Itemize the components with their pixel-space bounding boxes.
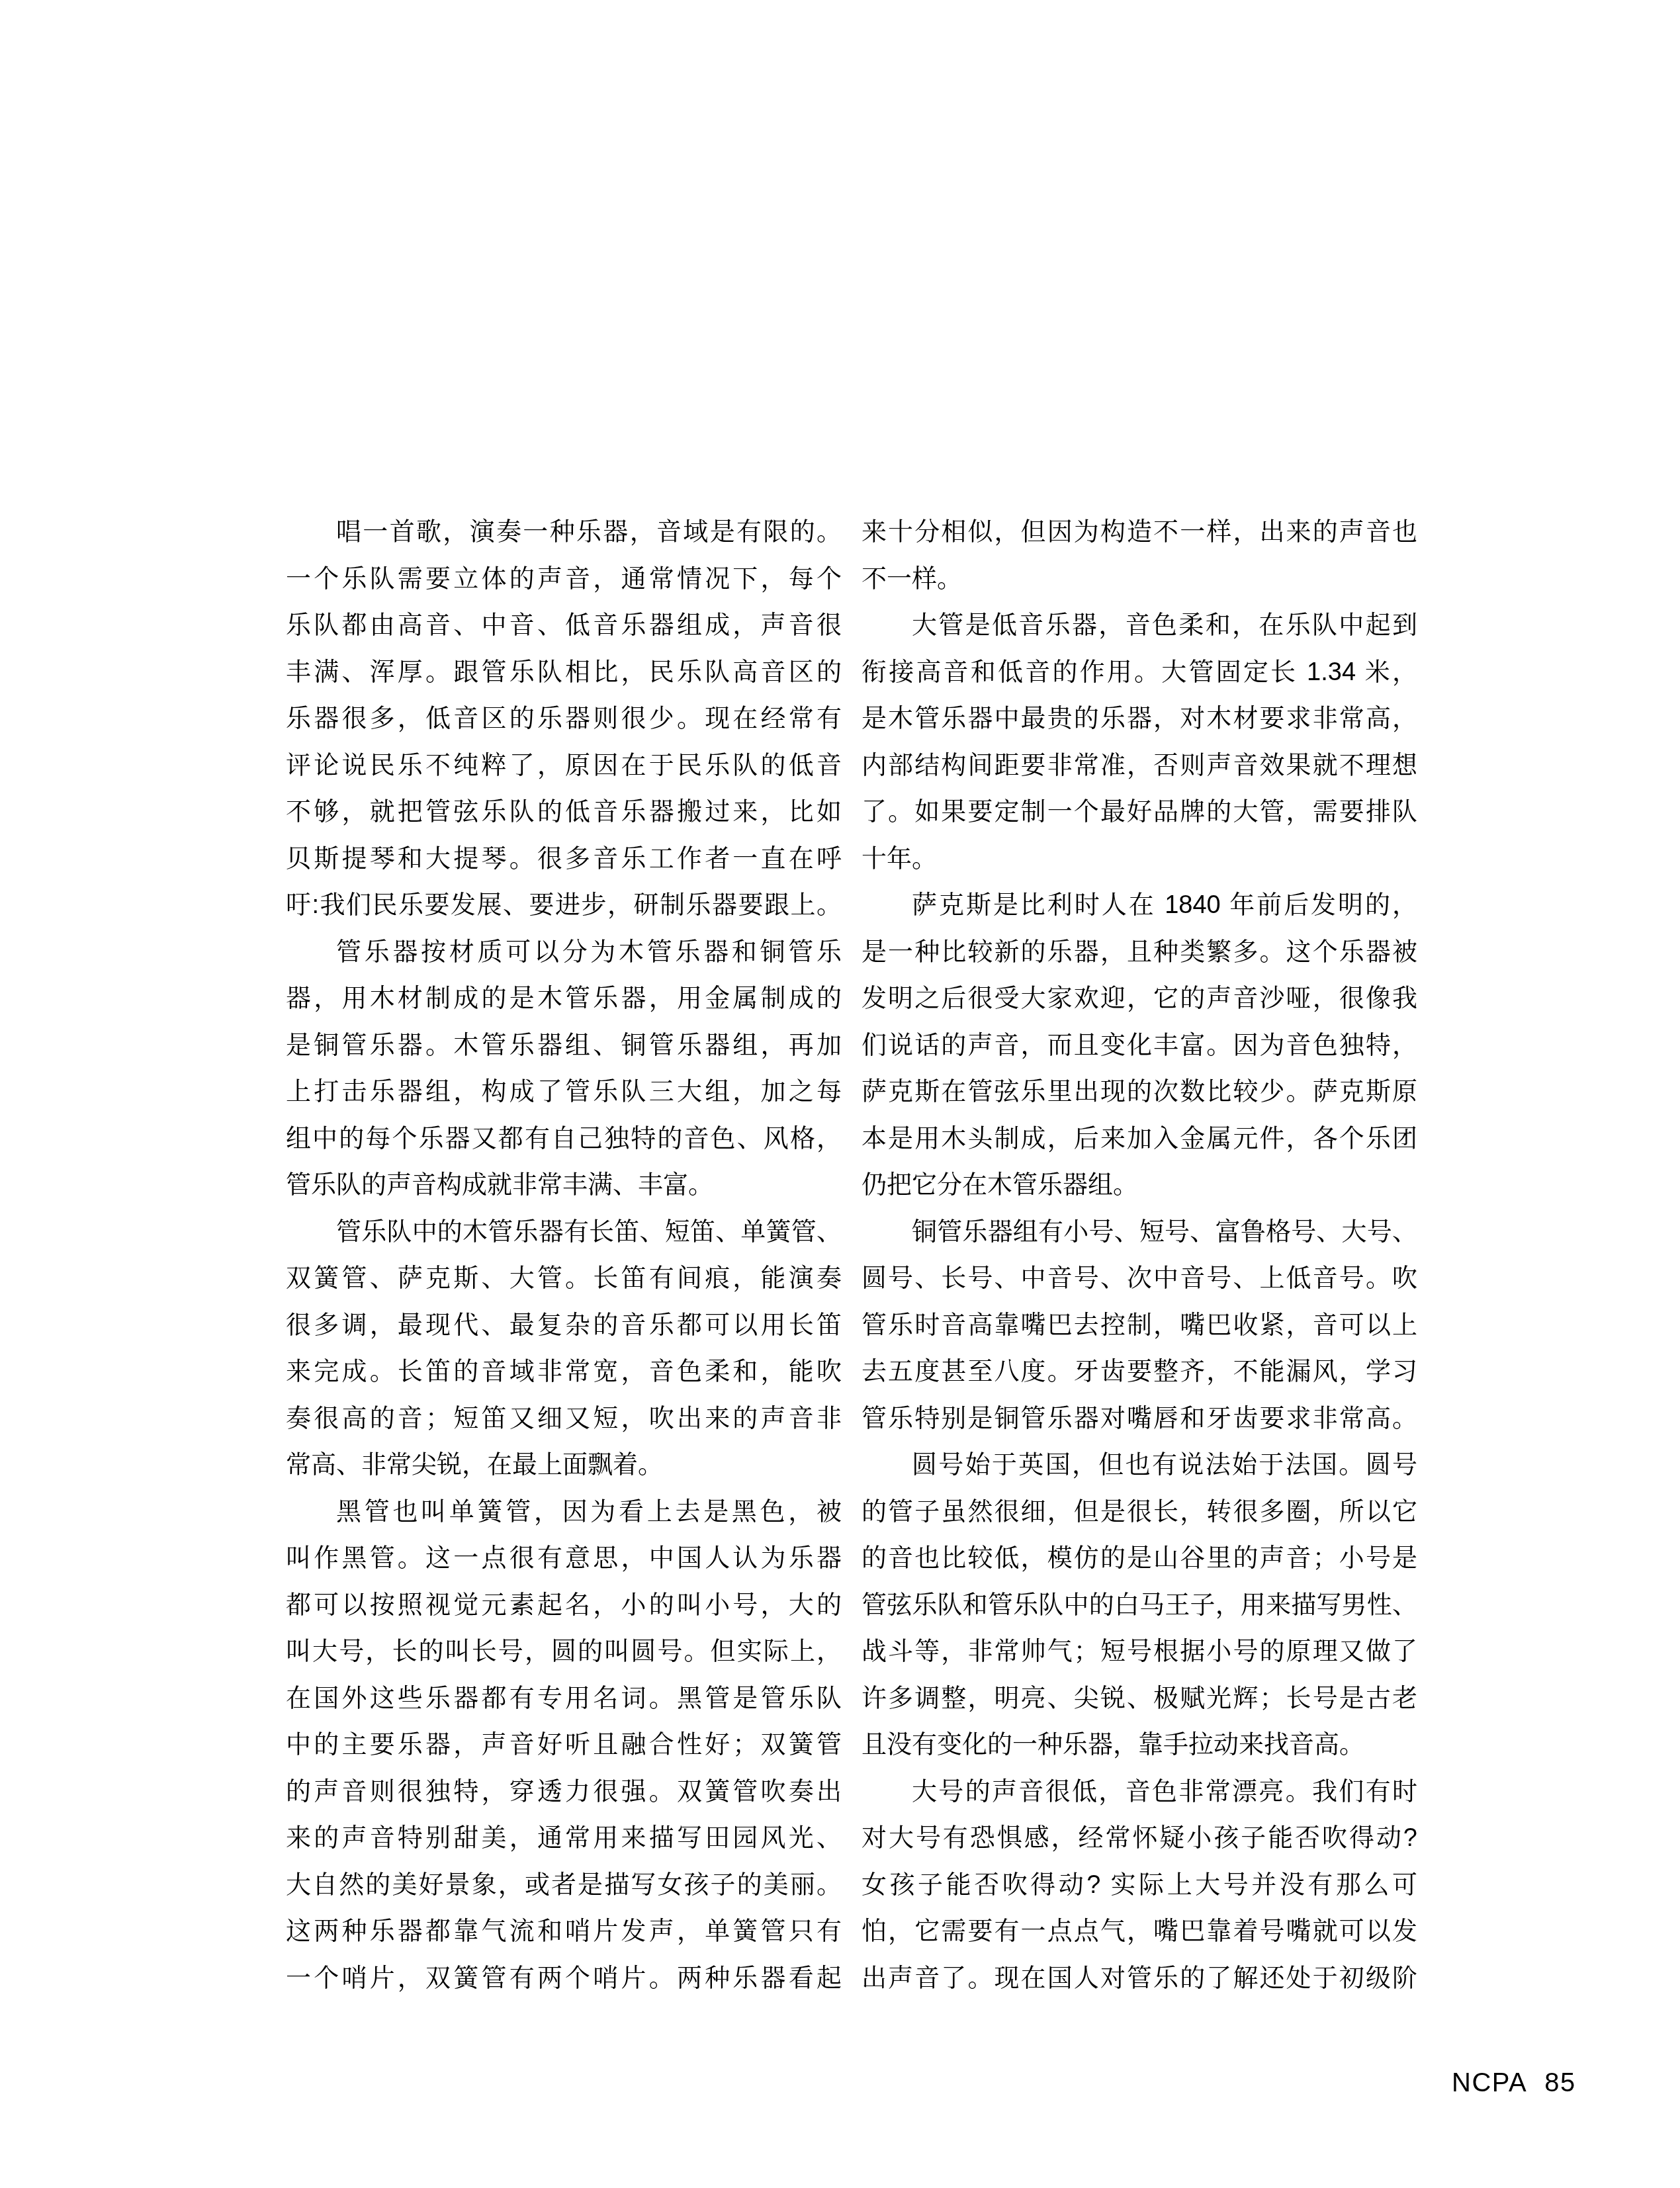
text-line: 怕，它需要有一点点气，嘴巴靠着号嘴就可以发: [862, 1908, 1417, 1955]
text-line: 战斗等，非常帅气；短号根据小号的原理又做了: [862, 1628, 1417, 1675]
text-line: 组中的每个乐器又都有自己独特的音色、风格，: [286, 1116, 842, 1162]
text-line: 圆号始于英国，但也有说法始于法国。圆号: [862, 1442, 1417, 1489]
text-line: 来十分相似，但因为构造不一样，出来的声音也: [862, 509, 1417, 556]
text-line: 本是用木头制成，后来加入金属元件，各个乐团: [862, 1116, 1417, 1162]
text-line: 出声音了。现在国人对管乐的了解还处于初级阶: [862, 1955, 1417, 2002]
text-line: 是木管乐器中最贵的乐器，对木材要求非常高，: [862, 695, 1417, 742]
text-line: 器，用木材制成的是木管乐器，用金属制成的: [286, 975, 842, 1022]
text-line: 一个乐队需要立体的声音，通常情况下，每个: [286, 556, 842, 603]
text-line: 丰满、浑厚。跟管乐队相比，民乐队高音区的: [286, 649, 842, 696]
text-line: 很多调，最现代、最复杂的音乐都可以用长笛: [286, 1302, 842, 1349]
text-line: 十年。: [862, 836, 1417, 883]
text-line: 衔接高音和低音的作用。大管固定长 1.34 米，: [862, 649, 1417, 696]
text-line: 管乐器按材质可以分为木管乐器和铜管乐: [286, 929, 842, 976]
text-line: 管乐队中的木管乐器有长笛、短笛、单簧管、: [286, 1209, 842, 1256]
text-line: 叫作黑管。这一点很有意思，中国人认为乐器: [286, 1535, 842, 1582]
text-line: 许多调整，明亮、尖锐、极赋光辉；长号是古老: [862, 1675, 1417, 1722]
text-line: 乐器很多，低音区的乐器则很少。现在经常有: [286, 695, 842, 742]
text-line: 叫大号，长的叫长号，圆的叫圆号。但实际上，: [286, 1628, 842, 1675]
text-line: 管乐特别是铜管乐器对嘴唇和牙齿要求非常高。: [862, 1395, 1417, 1442]
text-line: 铜管乐器组有小号、短号、富鲁格号、大号、: [862, 1209, 1417, 1256]
text-line: 管乐时音高靠嘴巴去控制，嘴巴收紧，音可以上: [862, 1302, 1417, 1349]
text-line: 仍把它分在木管乐器组。: [862, 1162, 1417, 1209]
text-line: 对大号有恐惧感，经常怀疑小孩子能否吹得动?: [862, 1815, 1417, 1862]
text-line: 贝斯提琴和大提琴。很多音乐工作者一直在呼: [286, 836, 842, 883]
text-line: 是一种比较新的乐器，且种类繁多。这个乐器被: [862, 929, 1417, 976]
text-line: 来的声音特别甜美，通常用来描写田园风光、: [286, 1815, 842, 1862]
journal-name: NCPA: [1452, 2068, 1527, 2098]
magazine-page: 唱一首歌，演奏一种乐器，音域是有限的。一个乐队需要立体的声音，通常情况下，每个乐…: [0, 0, 1680, 2188]
text-line: 萨克斯在管弦乐里出现的次数比较少。萨克斯原: [862, 1069, 1417, 1116]
text-line: 来完成。长笛的音域非常宽，音色柔和，能吹: [286, 1348, 842, 1395]
text-line: 黑管也叫单簧管，因为看上去是黑色，被: [286, 1489, 842, 1536]
text-line: 圆号、长号、中音号、次中音号、上低音号。吹: [862, 1255, 1417, 1302]
text-line: 管弦乐队和管乐队中的白马王子，用来描写男性、: [862, 1582, 1417, 1629]
article-column-left: 唱一首歌，演奏一种乐器，音域是有限的。一个乐队需要立体的声音，通常情况下，每个乐…: [286, 509, 842, 2001]
text-line: 们说话的声音，而且变化丰富。因为音色独特，: [862, 1022, 1417, 1069]
text-line: 发明之后很受大家欢迎，它的声音沙哑，很像我: [862, 975, 1417, 1022]
text-line: 这两种乐器都靠气流和哨片发声，单簧管只有: [286, 1908, 842, 1955]
text-line: 中的主要乐器，声音好听且融合性好；双簧管: [286, 1722, 842, 1769]
text-line: 大管是低音乐器，音色柔和，在乐队中起到: [862, 602, 1417, 649]
text-line: 评论说民乐不纯粹了，原因在于民乐队的低音: [286, 742, 842, 789]
text-line: 都可以按照视觉元素起名，小的叫小号，大的: [286, 1582, 842, 1629]
text-line: 奏很高的音；短笛又细又短，吹出来的声音非: [286, 1395, 842, 1442]
page-footer: NCPA 85: [1452, 2068, 1576, 2098]
text-line: 常高、非常尖锐，在最上面飘着。: [286, 1442, 842, 1489]
text-line: 乐队都由高音、中音、低音乐器组成，声音很: [286, 602, 842, 649]
text-line: 内部结构间距要非常准，否则声音效果就不理想: [862, 742, 1417, 789]
text-line: 在国外这些乐器都有专用名词。黑管是管乐队: [286, 1675, 842, 1722]
text-line: 且没有变化的一种乐器，靠手拉动来找音高。: [862, 1722, 1417, 1769]
page-number: 85: [1544, 2068, 1576, 2098]
text-line: 大自然的美好景象，或者是描写女孩子的美丽。: [286, 1862, 842, 1909]
article-column-right: 来十分相似，但因为构造不一样，出来的声音也不一样。大管是低音乐器，音色柔和，在乐…: [862, 509, 1417, 2001]
text-line: 大号的声音很低，音色非常漂亮。我们有时: [862, 1769, 1417, 1816]
text-line: 的音也比较低，模仿的是山谷里的声音；小号是: [862, 1535, 1417, 1582]
text-line: 女孩子能否吹得动? 实际上大号并没有那么可: [862, 1862, 1417, 1909]
text-line: 了。如果要定制一个最好品牌的大管，需要排队: [862, 789, 1417, 836]
text-line: 去五度甚至八度。牙齿要整齐，不能漏风，学习: [862, 1348, 1417, 1395]
text-line: 唱一首歌，演奏一种乐器，音域是有限的。: [286, 509, 842, 556]
text-line: 不一样。: [862, 556, 1417, 603]
text-line: 的管子虽然很细，但是很长，转很多圈，所以它: [862, 1489, 1417, 1536]
text-line: 一个哨片，双簧管有两个哨片。两种乐器看起: [286, 1955, 842, 2002]
text-line: 双簧管、萨克斯、大管。长笛有间痕，能演奏: [286, 1255, 842, 1302]
text-line: 吁:我们民乐要发展、要进步，研制乐器要跟上。: [286, 882, 842, 929]
text-line: 是铜管乐器。木管乐器组、铜管乐器组，再加: [286, 1022, 842, 1069]
text-line: 的声音则很独特，穿透力很强。双簧管吹奏出: [286, 1769, 842, 1816]
text-line: 不够，就把管弦乐队的低音乐器搬过来，比如: [286, 789, 842, 836]
text-line: 管乐队的声音构成就非常丰满、丰富。: [286, 1162, 842, 1209]
text-line: 上打击乐器组，构成了管乐队三大组，加之每: [286, 1069, 842, 1116]
text-line: 萨克斯是比利时人在 1840 年前后发明的，: [862, 882, 1417, 929]
